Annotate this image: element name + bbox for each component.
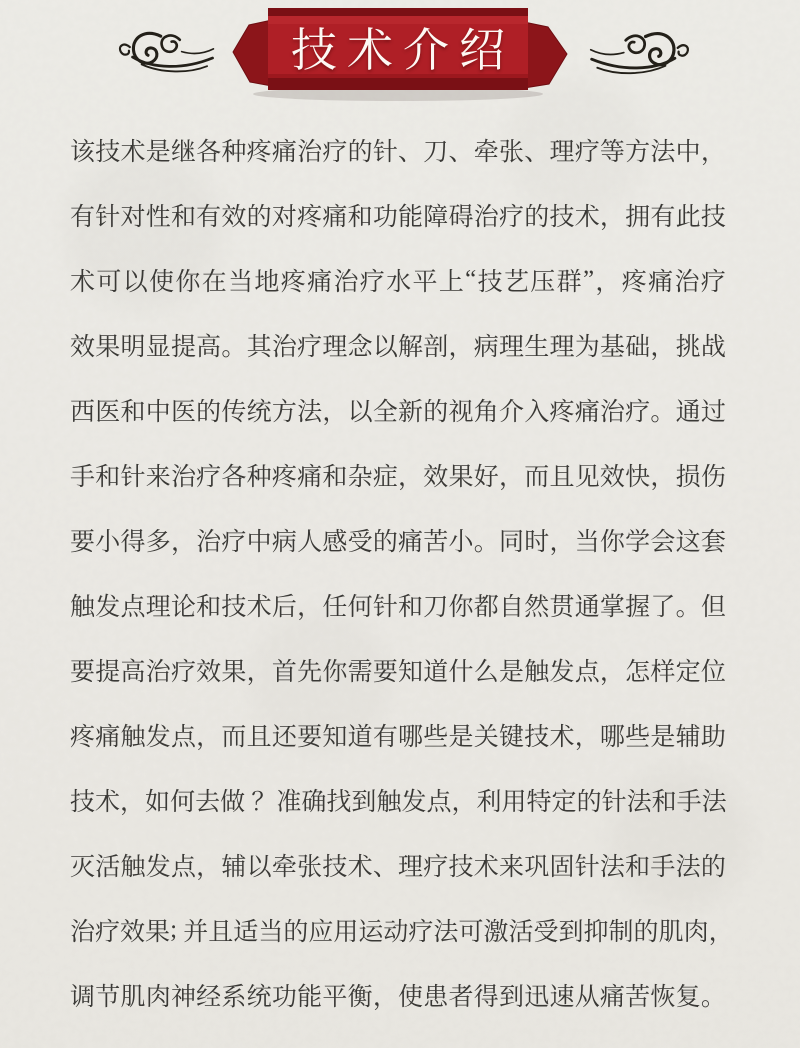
article-line: 手和针来治疗各种疼痛和杂症，效果好，而且见效快，损伤	[70, 442, 726, 507]
article-line: 疼痛触发点，而且还要知道有哪些是关键技术，哪些是辅助	[70, 702, 726, 767]
article-line: 有针对性和有效的对疼痛和功能障碍治疗的技术，拥有此技	[70, 182, 726, 247]
article-line: 技术，如何去做 ？准确找到触发点，利用特定的针法和手法	[70, 767, 726, 832]
article-line: 调节肌肉神经系统功能平衡，使患者得到迅速从痛苦恢复。	[70, 962, 726, 1027]
cloud-flourish-left-icon	[118, 28, 218, 78]
banner-tail-left	[233, 20, 272, 86]
article-line: 效果明显提高。其治疗理念以解剖，病理生理为基础，挑战	[70, 312, 726, 377]
page-title: 技术介绍	[268, 14, 528, 80]
article-line: 治疗效果; 并且适当的应用运动疗法可激活受到抑制的肌肉，	[70, 897, 726, 962]
article-body: 该技术是继各种疼痛治疗的针、刀、牵张、理疗等方法中， 有针对性和有效的对疼痛和功…	[70, 117, 726, 1027]
cloud-flourish-right-icon	[582, 28, 694, 80]
article-line: 要提高治疗效果，首先你需要知道什么是触发点，怎样定位	[70, 637, 726, 702]
article-line: 术可以使你在当地疼痛治疗水平上“技艺压群”，疼痛治疗	[70, 247, 726, 312]
article-line: 要小得多，治疗中病人感受的痛苦小。同时，当你学会这套	[70, 507, 726, 572]
article-line: 灭活触发点，辅以牵张技术、理疗技术来巩固针法和手法的	[70, 832, 726, 897]
banner-tail-right	[524, 22, 567, 88]
article-line: 该技术是继各种疼痛治疗的针、刀、牵张、理疗等方法中，	[70, 117, 726, 182]
article-line: 西医和中医的传统方法，以全新的视角介入疼痛治疗。通过	[70, 377, 726, 442]
article-line: 触发点理论和技术后，任何针和刀你都自然贯通掌握了。但	[70, 572, 726, 637]
document-page: 技术介绍 该技术是继各种疼痛治疗的针、刀、牵张、理疗等方法中， 有针对性和有效的…	[0, 0, 800, 1048]
